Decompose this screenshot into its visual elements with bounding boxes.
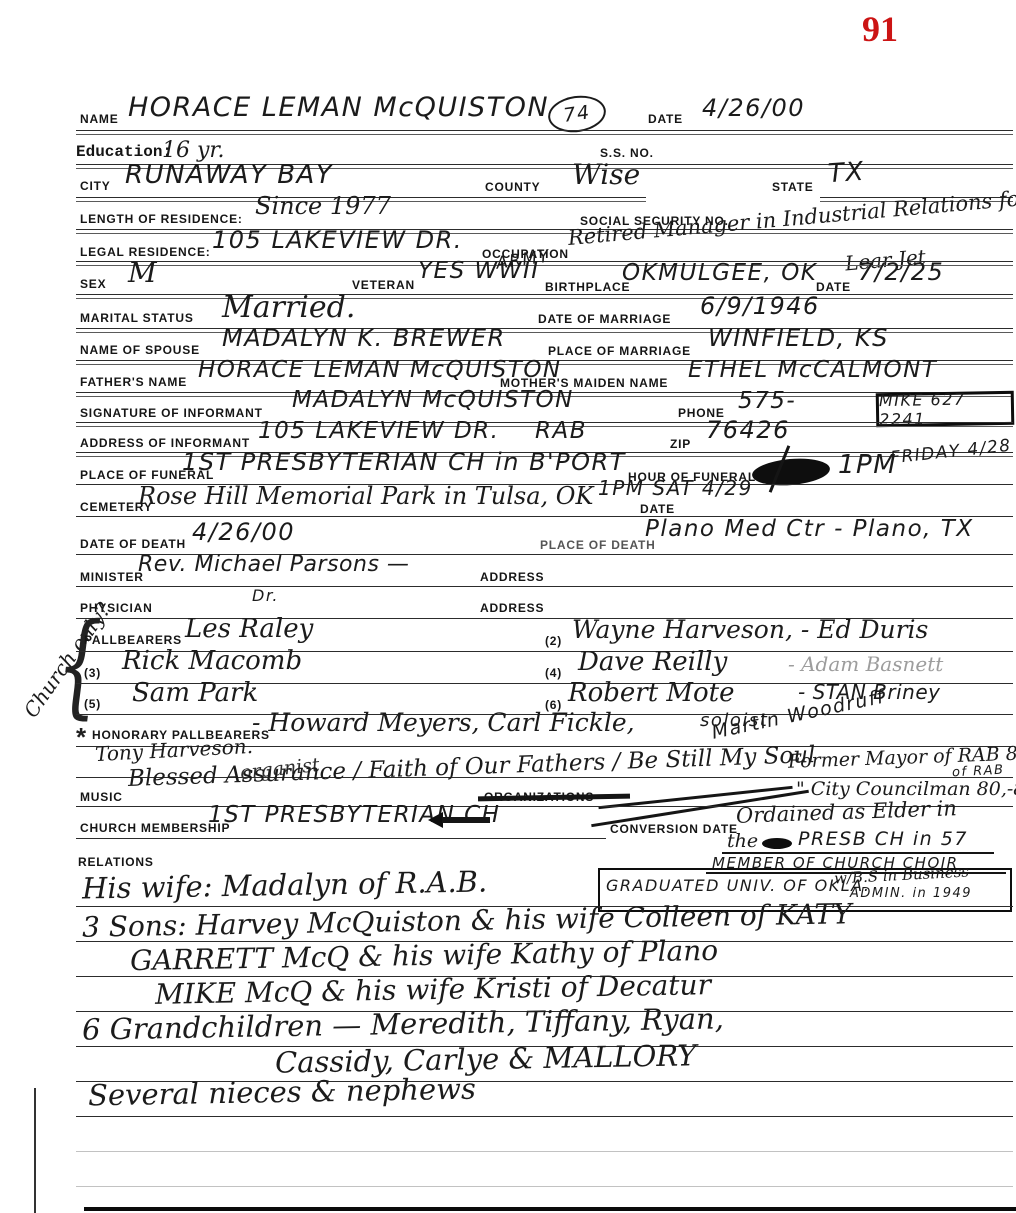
name-label: NAME: [80, 112, 119, 126]
pallbearer-5-number: (5): [84, 697, 101, 711]
cemetery-value: Rose Hill Memorial Park in Tulsa, OK: [138, 482, 593, 510]
county-label: COUNTY: [485, 180, 540, 194]
arrow-mark: [442, 817, 490, 823]
pallbearer-2-number: (2): [545, 634, 562, 648]
arrow-mark: [428, 812, 443, 828]
date-value: 4/26/00: [702, 94, 805, 122]
zip-value: 76426: [706, 416, 790, 444]
pallbearer-1: Les Raley: [185, 614, 313, 644]
conversion-note-1: Ordained as Elder in: [736, 796, 958, 828]
county-value: Wise: [572, 158, 640, 191]
pallbearers-label: PALLBEARERS: [84, 633, 182, 647]
minister-value: Rev. Michael Parsons —: [138, 552, 409, 577]
church-membership-value: 1ST PRESBYTERIAN CH: [208, 802, 500, 828]
veteran-label: VETERAN: [352, 278, 415, 292]
honorary-pallbearers-value: - Howard Meyers, Carl Fickle,: [252, 708, 635, 737]
age-value: 74: [562, 101, 592, 127]
funeral-place-value: 1ST PRESBYTERIAN CH in B'PORT: [182, 448, 626, 476]
pallbearer-3-number: (3): [84, 666, 101, 680]
place-of-death-label: PLACE OF DEATH: [540, 538, 656, 552]
pallbearer-5: Sam Park: [132, 678, 258, 708]
rule-line: [76, 838, 606, 839]
place-of-marriage-value: WINFIELD, KS: [708, 324, 889, 352]
informant-address-value-2: RAB: [535, 418, 587, 444]
rule-line: [76, 1151, 1013, 1152]
music-label: MUSIC: [80, 790, 123, 804]
residence-length-value: Since 1977: [255, 192, 391, 220]
rule-line: [76, 294, 1013, 299]
funeral-hour-value: 1PM: [838, 450, 897, 480]
relations-line: 3 Sons: Harvey McQuiston & his wife Coll…: [82, 897, 852, 943]
minister-address-label: ADDRESS: [480, 570, 544, 584]
city-label: CITY: [80, 179, 111, 193]
mother-maiden-name-value: ETHEL McCALMONT: [688, 357, 937, 383]
spouse-value: MADALYN K. BREWER: [222, 324, 506, 352]
rule-line: [76, 586, 1013, 587]
zip-label: ZIP: [670, 437, 691, 451]
place-of-marriage-label: PLACE OF MARRIAGE: [548, 344, 691, 358]
birthplace-value: OKMULGEE, OK: [622, 260, 817, 286]
physician-address-label: ADDRESS: [480, 601, 544, 615]
education-label: Education:: [76, 143, 172, 161]
sex-label: SEX: [80, 277, 106, 291]
birthdate-value: 7/2/25: [858, 258, 944, 286]
pallbearer-6: Robert Mote: [568, 678, 735, 708]
rule-line: [76, 1186, 1013, 1187]
burial-time-note: 1PM SAT 4/29: [598, 476, 753, 500]
conversion-date-label: CONVERSION DATE: [610, 822, 738, 836]
graduation-note-1: GRADUATED UNIV. OF OKLA.: [606, 876, 870, 895]
date-of-marriage-value: 6/9/1946: [700, 292, 820, 320]
spouse-label: NAME OF SPOUSE: [80, 343, 200, 357]
birthdate-label: DATE: [816, 280, 851, 294]
scanned-funeral-record: 91 NAME HORACE LEMAN McQUISTON 74 DATE 4…: [0, 0, 1016, 1213]
state-value: TX: [827, 157, 866, 189]
page-number: 91: [862, 8, 898, 50]
legal-residence-value: 105 LAKEVIEW DR.: [212, 226, 463, 254]
minister-value-2: Dr.: [252, 586, 279, 605]
informant-signature-value: MADALYN McQUISTON: [292, 387, 574, 413]
marital-status-label: MARITAL STATUS: [80, 311, 194, 325]
sex-value: M: [128, 256, 157, 289]
pallbearer-2: Wayne Harveson, - Ed Duris: [572, 615, 928, 644]
conversion-note-2a: the: [727, 830, 758, 852]
pallbearer-3: Rick Macomb: [122, 646, 302, 676]
pallbearer-4-number: (4): [545, 666, 562, 680]
date-label: DATE: [648, 112, 683, 126]
scan-edge-line: [84, 1207, 1016, 1211]
date-of-death-label: DATE OF DEATH: [80, 537, 186, 551]
funeral-day-note: FRIDAY 4/28: [889, 436, 1012, 469]
scribble-mark: [762, 838, 792, 849]
rule-line: [76, 130, 1013, 135]
phone-value: 575-: [738, 388, 796, 414]
pallbearer-4-alternate: - Adam Basnett: [788, 652, 943, 676]
cemetery-date-label: DATE: [640, 502, 675, 516]
date-of-marriage-label: DATE OF MARRIAGE: [538, 312, 671, 326]
relations-line: His wife: Madalyn of R.A.B.: [82, 864, 488, 905]
rule-line: [76, 1116, 1013, 1117]
place-of-death-value: Plano Med Ctr - Plano, TX: [645, 516, 974, 542]
name-value: HORACE LEMAN McQUISTON: [128, 92, 549, 123]
scan-edge-line: [34, 1088, 36, 1213]
city-value: RUNAWAY BAY: [125, 160, 333, 190]
asterisk-mark: *: [76, 722, 86, 753]
state-label: STATE: [772, 180, 814, 194]
minister-label: MINISTER: [80, 570, 144, 584]
informant-address-value: 105 LAKEVIEW DR.: [258, 418, 499, 444]
relations-line: Several nieces & nephews: [88, 1072, 476, 1113]
birthplace-label: BIRTHPLACE: [545, 280, 630, 294]
organization-councilman-note: " City Councilman 80,-84: [796, 778, 1016, 800]
relations-label: RELATIONS: [78, 855, 154, 869]
pallbearer-4: Dave Reilly: [578, 647, 727, 677]
date-of-death-value: 4/26/00: [192, 518, 295, 546]
father-name-label: FATHER'S NAME: [80, 375, 187, 389]
conversion-note-2b: PRESB CH in 57: [798, 828, 968, 850]
marital-status-value: Married.: [222, 290, 355, 325]
graduation-note-3: ADMIN. in 1949: [850, 886, 972, 901]
informant-signature-label: SIGNATURE OF INFORMANT: [80, 406, 263, 420]
residence-length-label: LENGTH OF RESIDENCE:: [80, 212, 243, 226]
